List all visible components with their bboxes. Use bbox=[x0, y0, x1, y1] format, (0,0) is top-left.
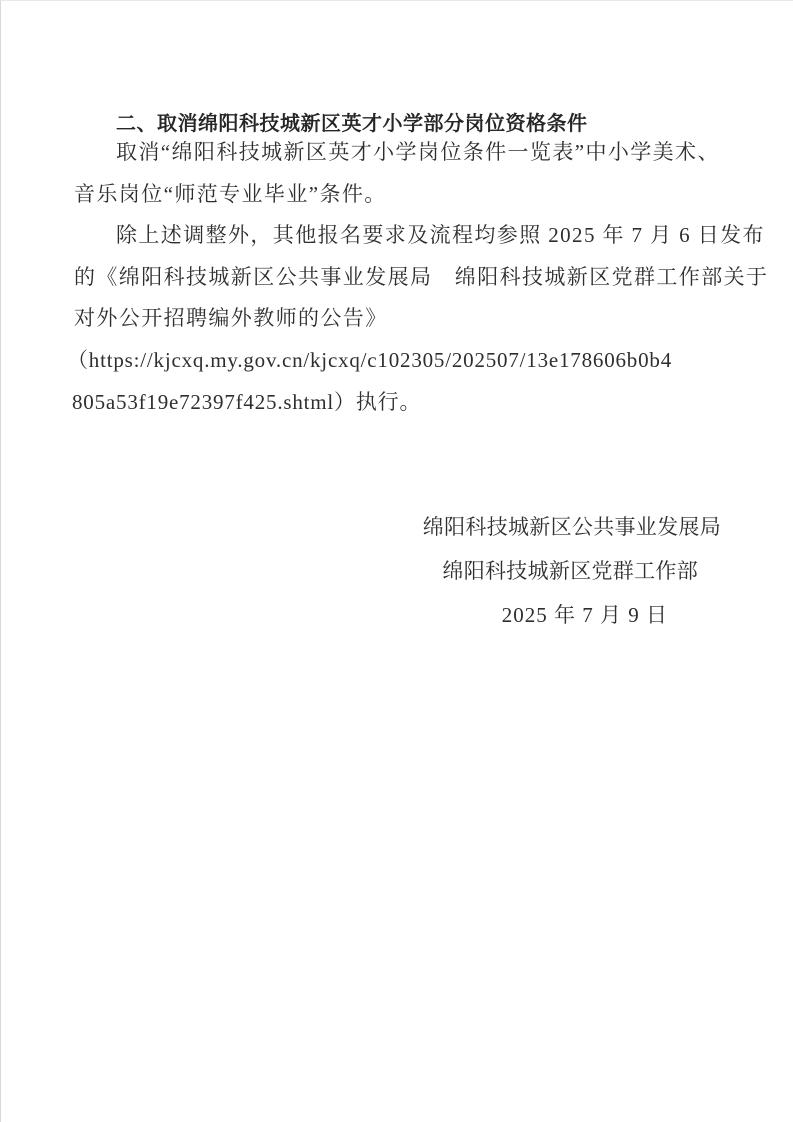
signature-org-1: 绵阳科技城新区公共事业发展局 bbox=[1, 505, 793, 549]
signature-org-2: 绵阳科技城新区党群工作部 bbox=[1, 549, 793, 593]
body-text: 取消“绵阳科技城新区英才小学岗位条件一览表”中小学美术、 音乐岗位“师范专业毕业… bbox=[74, 132, 736, 423]
document-page: 二、取消绵阳科技城新区英才小学部分岗位资格条件 取消“绵阳科技城新区英才小学岗位… bbox=[0, 0, 793, 1122]
paragraph-2-line-2: 的《绵阳科技城新区公共事业发展局 绵阳科技城新区党群工作部关于 bbox=[74, 257, 736, 299]
paragraph-2-line-3: 对外公开招聘编外教师的公告》 bbox=[74, 298, 736, 340]
url-line-2: 805a53f19e72397f425.shtml）执行。 bbox=[72, 382, 736, 424]
paragraph-1-line-2: 音乐岗位“师范专业毕业”条件。 bbox=[74, 174, 736, 216]
signature-block: 绵阳科技城新区公共事业发展局 绵阳科技城新区党群工作部 2025 年 7 月 9… bbox=[1, 505, 793, 637]
url-line-1: （https://kjcxq.my.gov.cn/kjcxq/c102305/2… bbox=[67, 340, 736, 382]
paragraph-1-line-1: 取消“绵阳科技城新区英才小学岗位条件一览表”中小学美术、 bbox=[74, 132, 736, 174]
signature-date: 2025 年 7 月 9 日 bbox=[1, 593, 793, 637]
paragraph-2-line-1: 除上述调整外，其他报名要求及流程均参照 2025 年 7 月 6 日发布 bbox=[74, 215, 736, 257]
